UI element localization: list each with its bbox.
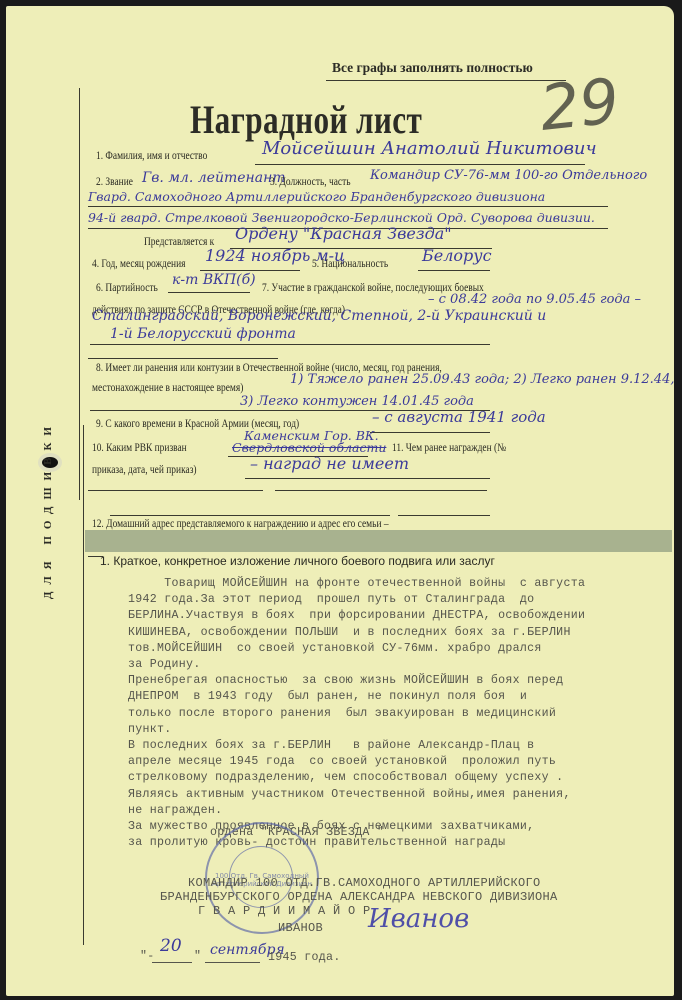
- field-3-label: 3. Должность, часть: [270, 176, 351, 188]
- field-6-value: к-т ВКП(б): [172, 272, 256, 288]
- field-4-label: 4. Год, месяц рождения: [92, 258, 185, 270]
- field-3-value-line3: 94-й гвард. Стрелковой Звенигородско-Бер…: [88, 210, 595, 225]
- feat-line: пункт.: [128, 722, 585, 738]
- redacted-address: [85, 530, 672, 552]
- field-11-label-line1: 11. Чем ранее награжден (№: [392, 442, 506, 454]
- field-11-label-line2: приказа, дата, чей приказ): [92, 464, 197, 476]
- field-7-underline: [90, 344, 490, 345]
- field-2-label: 2. Звание: [96, 176, 133, 188]
- field-12-label: 12. Домашний адрес представляемого к наг…: [92, 518, 389, 530]
- page-title: Наградной лист: [190, 96, 422, 143]
- date-day: 20: [160, 936, 182, 956]
- divider-2a: [88, 490, 263, 491]
- feat-line: КИШИНЕВА, освобождении ПОЛЬШИ и в послед…: [128, 625, 585, 641]
- presented-label: Представляется к: [144, 236, 214, 248]
- field-7-value-line3: 1-й Белорусский фронта: [110, 326, 296, 342]
- margin-line-upper: [79, 88, 80, 500]
- signature-line-3: Г В А Р Д И И М А Й О Р: [198, 904, 371, 918]
- feat-line: Пренебрегая опасностью за свою жизнь МОЙ…: [128, 673, 585, 689]
- presented-value: Ордену "Красная Звезда": [235, 224, 452, 243]
- header-note: Все графы заполнять полностью: [332, 60, 533, 76]
- feat-line: только после второго ранения был эвакуир…: [128, 706, 585, 722]
- date-suffix: 1945 года.: [268, 951, 341, 964]
- field-11-underline: [245, 478, 490, 479]
- field-4-underline: [200, 270, 300, 271]
- feat-line: стрелковому подразделению, чем способств…: [128, 770, 585, 786]
- field-10-label: 10. Каким РВК призван: [92, 442, 187, 454]
- margin-line-lower: [83, 425, 84, 945]
- date-day-underline: [152, 962, 192, 963]
- signature-name: ИВАНОВ: [278, 921, 323, 935]
- divider-1: [88, 358, 278, 359]
- field-1-label: 1. Фамилия, имя и отчество: [96, 150, 207, 162]
- field-3-value-line2: Гвард. Самоходного Артиллерийского Бранд…: [88, 189, 545, 204]
- feat-text: Товарищ МОЙСЕЙШИН на фронте отечественно…: [128, 576, 585, 851]
- feat-line: В последних боях за г.БЕРЛИН в районе Ал…: [128, 738, 585, 754]
- feat-line: Товарищ МОЙСЕЙШИН на фронте отечественно…: [128, 576, 585, 592]
- date-mid: ": [194, 950, 201, 963]
- field-9-value: – с августа 1941 года: [372, 408, 546, 426]
- handwritten-signature: Иванов: [368, 904, 469, 934]
- field-10-value-struck: Свердловской области: [232, 440, 386, 455]
- feat-line: не награжден.: [128, 803, 585, 819]
- feat-line: ДНЕПРОМ в 1943 году был ранен, не покину…: [128, 689, 585, 705]
- divider-2b: [275, 490, 487, 491]
- field-8-label-line2: местонахождение в настоящее время): [92, 382, 243, 394]
- field-11-value: – наград не имеет: [250, 454, 409, 473]
- signature-line-2: БРАНДЕНБУРГСКОГО ОРДЕНА АЛЕКСАНДРА НЕВСК…: [160, 890, 558, 904]
- signature-line-1: КОМАНДИР 100 ОТД.ГВ.САМОХОДНОГО АРТИЛЛЕР…: [188, 876, 541, 890]
- feat-heading: 1. Краткое, конкретное изложение личного…: [100, 554, 495, 568]
- archive-number: 29: [536, 64, 622, 145]
- header-underline: [326, 80, 566, 81]
- field-3-value-line1: Командир СУ-76-мм 100-го Отдельного: [370, 168, 647, 183]
- field-8-value-line1: 1) Тяжело ранен 25.09.43 года; 2) Легко …: [290, 372, 675, 387]
- field-7-value-line1: – с 08.42 года по 9.05.45 года –: [428, 292, 641, 307]
- feat-line: 1942 года.За этот период прошел путь от …: [128, 592, 585, 608]
- date-month-underline: [205, 962, 260, 963]
- field-7-value-line2: Сталинградский, Воронежский, Степной, 2-…: [92, 308, 546, 324]
- feat-line: Являясь активным участником Отечественно…: [128, 787, 585, 803]
- feat-line: за Родину.: [128, 657, 585, 673]
- field-1-underline: [255, 164, 585, 165]
- side-label: ДЛЯ ПОДШИВКИ: [42, 420, 54, 599]
- field-9-underline: [370, 432, 490, 433]
- field-5-underline: [418, 270, 490, 271]
- field-2-value: Гв. мл. лейтенант: [142, 170, 286, 186]
- feat-line: апреле месяце 1945 года со своей установ…: [128, 754, 585, 770]
- field-5-label: 5. Национальность: [312, 258, 388, 270]
- field-3-underline-2: [88, 206, 608, 207]
- divider-3b: [398, 515, 490, 516]
- field-5-value: Белорус: [422, 246, 492, 265]
- field-6-underline: [168, 292, 250, 293]
- feat-line: БЕРЛИНА.Участвуя в боях при форсировании…: [128, 608, 585, 624]
- divider-3a: [110, 515, 390, 516]
- field-1-value: Мойсейшин Анатолий Никитович: [262, 138, 597, 159]
- field-6-label: 6. Партийность: [96, 282, 158, 294]
- field-8-value-line2: 3) Легко контужен 14.01.45 года: [240, 394, 474, 409]
- feat-line: тов.МОЙСЕЙШИН со своей установкой СУ-76м…: [128, 641, 585, 657]
